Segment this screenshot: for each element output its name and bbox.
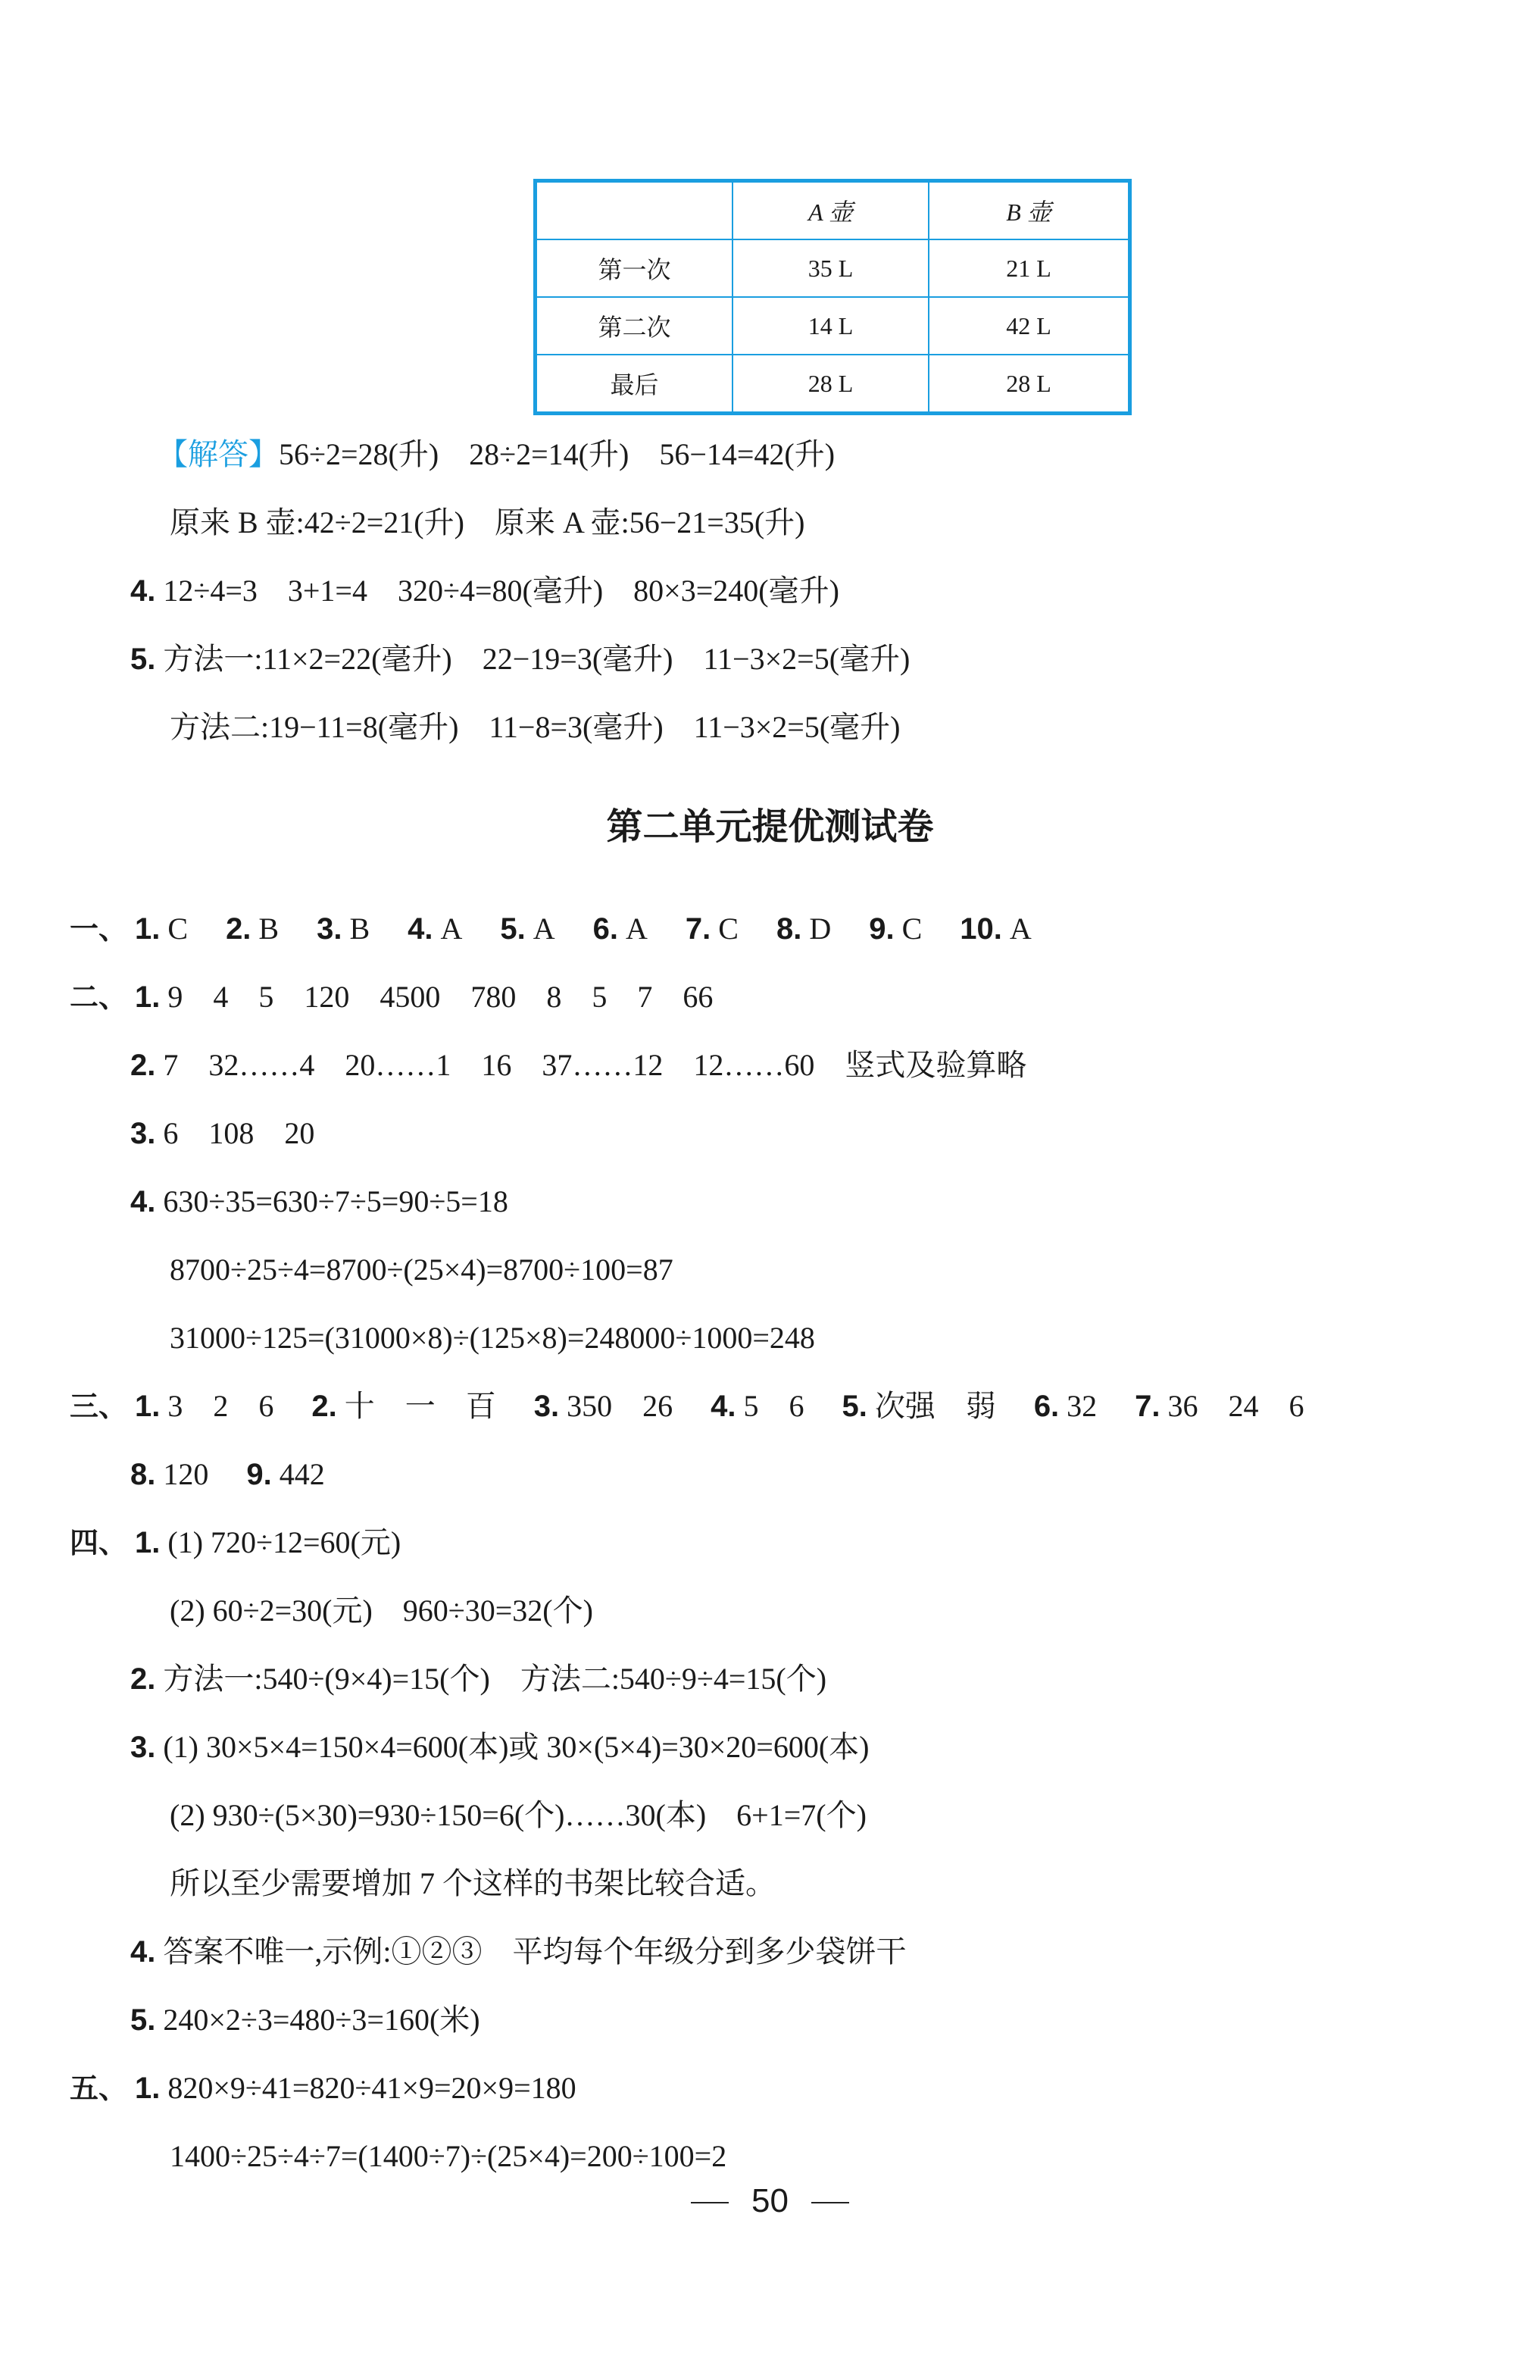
question-number: 10. (960, 912, 1002, 946)
answer: A (533, 912, 555, 946)
section-title: 第二单元提优测试卷 (0, 797, 1540, 849)
answer: C (902, 912, 923, 946)
table-cell: 35 L (733, 239, 929, 297)
equation: (2) 60÷2=30(元) 960÷30=32(个) (170, 1593, 593, 1628)
equation: 方法一:540÷(9×4)=15(个) 方法二:540÷9÷4=15(个) (163, 1662, 826, 1696)
equation: (1) 30×5×4=150×4=600(本)或 30×(5×4)=30×20=… (163, 1730, 869, 1764)
question-number: 8. (776, 912, 801, 946)
part-3-line-1: 三、 1.3 2 6 2.十 一 百 3.350 26 4.5 6 5.次强 弱… (70, 1385, 1304, 1428)
answer: 十 一 百 (345, 1389, 496, 1423)
answer: D (809, 912, 831, 946)
answer: 3 2 6 (167, 1389, 273, 1423)
answer: C (718, 912, 739, 946)
equation: 11−8=3(毫升) (489, 710, 663, 744)
part-4-q3-line-2: (2) 930÷(5×30)=930÷150=6(个)……30(本) 6+1=7… (170, 1794, 867, 1837)
part-4-q3: 3.(1) 30×5×4=150×4=600(本)或 30×(5×4)=30×2… (130, 1726, 870, 1769)
section-label: 一、 (70, 912, 127, 946)
section-label: 三、 (70, 1390, 127, 1423)
table-cell: 42 L (929, 297, 1129, 355)
conclusion-text: 所以至少需要增加 7 个这样的书架比较合适。 (170, 1866, 776, 1900)
table-cell: 28 L (733, 355, 929, 414)
solution-line-1: 【解答】56÷2=28(升)28÷2=14(升)56−14=42(升) (158, 433, 835, 476)
question-number: 5. (130, 2003, 155, 2037)
table-header-b: B 壶 (929, 181, 1129, 240)
question-number: 1. (135, 1526, 160, 1559)
part-4-q3-line-3: 所以至少需要增加 7 个这样的书架比较合适。 (170, 1862, 776, 1905)
equation: 56−14=42(升) (659, 437, 835, 471)
answer: 36 24 6 (1168, 1389, 1304, 1423)
table-cell: 第二次 (536, 297, 733, 355)
part-2-q4-line-2: 8700÷25÷4=8700÷(25×4)=8700÷100=87 (170, 1249, 673, 1291)
answer: B (349, 912, 370, 946)
part-2-q1: 二、 1.9 4 5 120 4500 780 8 5 7 66 (70, 976, 713, 1018)
solution-line-2: 原来 B 壶:42÷2=21(升)原来 A 壶:56−21=35(升) (170, 502, 805, 544)
part-4-q1-line-2: (2) 60÷2=30(元) 960÷30=32(个) (170, 1590, 593, 1632)
question-number: 1. (135, 2072, 160, 2105)
table-cell: 28 L (929, 355, 1129, 414)
answer: 答案不唯一,示例:①②③ 平均每个年级分到多少袋饼干 (163, 1934, 906, 1969)
answer: 5 6 (743, 1389, 804, 1423)
question-number: 9. (869, 912, 894, 946)
answer: C (167, 912, 188, 946)
question-number: 1. (135, 912, 160, 946)
equation: 3+1=4 (288, 574, 367, 608)
answer: 6 108 20 (163, 1116, 314, 1150)
question-number: 1. (135, 1390, 160, 1423)
equation: 820×9÷41=820÷41×9=20×9=180 (167, 2071, 576, 2105)
question-number: 4. (408, 912, 433, 946)
question-number: 2. (130, 1049, 155, 1082)
table-row: 最后 28 L 28 L (536, 355, 1130, 414)
question-number: 4. (130, 1185, 155, 1218)
question-number: 5. (842, 1390, 867, 1423)
equation: 28÷2=14(升) (469, 437, 629, 471)
question-5-method-1: 5.方法一:11×2=22(毫升)22−19=3(毫升)11−3×2=5(毫升) (130, 638, 910, 680)
table-cell: 第一次 (536, 239, 733, 297)
page-number: 50 (0, 2182, 1540, 2220)
equation: 8700÷25÷4=8700÷(25×4)=8700÷100=87 (170, 1253, 673, 1287)
equation: 原来 B 壶:42÷2=21(升) (170, 505, 464, 539)
dash-decoration (811, 2202, 849, 2203)
part-2-q3: 3.6 108 20 (130, 1112, 314, 1155)
answer: 32 (1067, 1389, 1097, 1423)
part-4-q4: 4.答案不唯一,示例:①②③ 平均每个年级分到多少袋饼干 (130, 1931, 906, 1973)
question-number: 7. (686, 912, 711, 946)
equation: 1400÷25÷4÷7=(1400÷7)÷(25×4)=200÷100=2 (170, 2139, 726, 2173)
question-number: 1. (135, 980, 160, 1014)
answer: 350 26 (567, 1389, 673, 1423)
question-number: 8. (130, 1458, 155, 1491)
equation: 320÷4=80(毫升) (398, 574, 603, 608)
question-number: 9. (246, 1458, 271, 1491)
question-number: 7. (1135, 1390, 1160, 1423)
table-header-a: A 壶 (733, 181, 929, 240)
table-cell (536, 181, 733, 240)
question-number: 6. (593, 912, 618, 946)
answer: 7 32……4 20……1 16 37……12 12……60 竖式及验算略 (163, 1048, 1026, 1082)
equation: 56÷2=28(升) (279, 437, 439, 471)
table-header-row: A 壶 B 壶 (536, 181, 1130, 240)
answer: 120 (163, 1457, 208, 1491)
part-4-q5: 5.240×2÷3=480÷3=160(米) (130, 1999, 480, 2041)
part-2-q4: 4.630÷35=630÷7÷5=90÷5=18 (130, 1181, 508, 1223)
answer: 次强 弱 (875, 1389, 996, 1423)
question-number: 3. (130, 1117, 155, 1150)
question-number: 4. (130, 1935, 155, 1969)
part-2-q4-line-3: 31000÷125=(31000×8)÷(125×8)=248000÷1000=… (170, 1317, 815, 1359)
solution-tag: 【解答】 (158, 437, 279, 471)
table-cell: 14 L (733, 297, 929, 355)
question-number: 2. (311, 1390, 336, 1423)
question-number: 4. (130, 574, 155, 608)
table-row: 第一次 35 L 21 L (536, 239, 1130, 297)
equation: 11−3×2=5(毫升) (704, 642, 911, 676)
section-label: 四、 (70, 1526, 127, 1559)
water-pot-table: A 壶 B 壶 第一次 35 L 21 L 第二次 14 L 42 L 最后 2… (533, 179, 1132, 415)
answer: A (441, 912, 463, 946)
equation: 原来 A 壶:56−21=35(升) (495, 505, 805, 539)
dash-decoration (691, 2202, 729, 2203)
equation: 240×2÷3=480÷3=160(米) (163, 2003, 479, 2037)
equation: 方法二:19−11=8(毫升) (170, 710, 458, 744)
section-label: 五、 (70, 2072, 127, 2105)
table-row: 第二次 14 L 42 L (536, 297, 1130, 355)
part-4-q1: 四、 1.(1) 720÷12=60(元) (70, 1522, 401, 1564)
part-5-q1-line-2: 1400÷25÷4÷7=(1400÷7)÷(25×4)=200÷100=2 (170, 2135, 726, 2178)
question-number: 4. (711, 1390, 736, 1423)
answer: A (626, 912, 648, 946)
question-number: 5. (500, 912, 525, 946)
question-number: 2. (130, 1662, 155, 1696)
answer: B (258, 912, 279, 946)
part-5-q1: 五、 1.820×9÷41=820÷41×9=20×9=180 (70, 2067, 576, 2109)
equation: 630÷35=630÷7÷5=90÷5=18 (163, 1184, 508, 1218)
question-number: 5. (130, 643, 155, 676)
part-2-q2: 2.7 32……4 20……1 16 37……12 12……60 竖式及验算略 (130, 1044, 1026, 1087)
equation: 12÷4=3 (163, 574, 258, 608)
answer: 9 4 5 120 4500 780 8 5 7 66 (167, 980, 713, 1014)
equation: 22−19=3(毫升) (483, 642, 673, 676)
table-cell: 21 L (929, 239, 1129, 297)
answer: 442 (280, 1457, 325, 1491)
part-4-q2: 2.方法一:540÷(9×4)=15(个) 方法二:540÷9÷4=15(个) (130, 1658, 826, 1700)
equation: 方法一:11×2=22(毫升) (163, 642, 451, 676)
question-number: 3. (534, 1390, 559, 1423)
equation: (2) 930÷(5×30)=930÷150=6(个)……30(本) 6+1=7… (170, 1798, 867, 1832)
equation: 80×3=240(毫升) (633, 574, 839, 608)
section-label: 二、 (70, 980, 127, 1014)
answer: A (1010, 912, 1032, 946)
part-3-line-2: 8.120 9.442 (130, 1453, 325, 1496)
question-5-method-2: 方法二:19−11=8(毫升)11−8=3(毫升)11−3×2=5(毫升) (170, 706, 901, 749)
question-number: 3. (317, 912, 342, 946)
question-number: 2. (226, 912, 251, 946)
equation: 31000÷125=(31000×8)÷(125×8)=248000÷1000=… (170, 1321, 815, 1355)
table-cell: 最后 (536, 355, 733, 414)
part-1: 一、 1.C 2.B 3.B 4.A 5.A 6.A 7.C 8.D 9.C 1… (70, 908, 1032, 950)
question-number: 6. (1034, 1390, 1059, 1423)
equation: 11−3×2=5(毫升) (694, 710, 901, 744)
question-number: 3. (130, 1731, 155, 1764)
equation: (1) 720÷12=60(元) (167, 1525, 401, 1559)
question-4: 4.12÷4=33+1=4320÷4=80(毫升)80×3=240(毫升) (130, 570, 839, 612)
page-number-text: 50 (751, 2182, 789, 2219)
